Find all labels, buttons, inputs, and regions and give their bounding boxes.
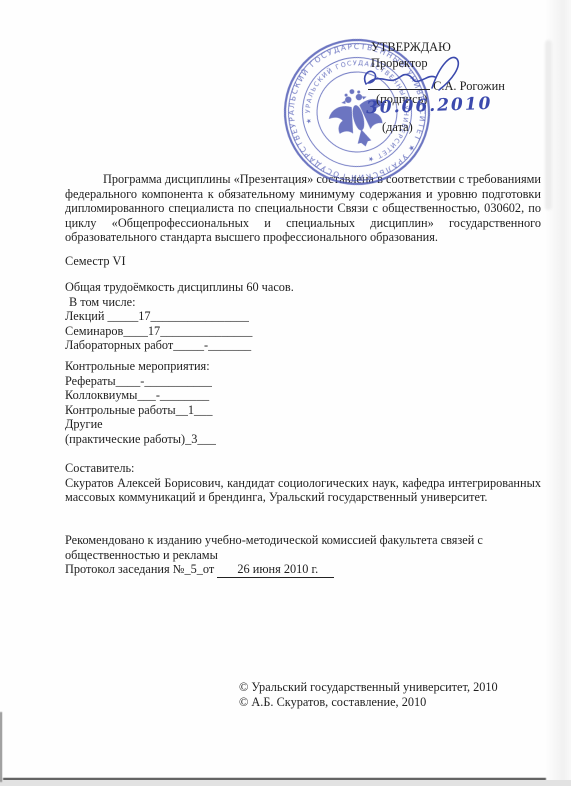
signature-scribble <box>356 52 496 100</box>
copyright-block: © Уральский государственный университет,… <box>239 680 498 709</box>
scanned-document-page: УРАЛЬСКИЙ ГОСУДАРСТВЕННЫЙ УНИВЕРСИТЕТ ★ … <box>0 0 571 786</box>
scan-edge-left-line <box>0 712 2 782</box>
control-tests: Контрольные работы__1___ <box>65 403 216 418</box>
semester-line: Семестр VI <box>65 254 126 269</box>
scan-edge-bottom-band <box>0 780 571 786</box>
workload-total: Общая трудоёмкость дисциплины 60 часов. <box>65 280 294 295</box>
recommendation-line: общественностью и рекламы <box>65 548 541 563</box>
control-colloquia: Коллоквиумы___-________ <box>65 388 216 403</box>
workload-block: Общая трудоёмкость дисциплины 60 часов. … <box>65 280 294 353</box>
copyright-author: © А.Б. Скуратов, составление, 2010 <box>239 695 498 710</box>
workload-labs: Лабораторных работ_____-_______ <box>65 338 294 353</box>
recommendation-block: Рекомендовано к изданию учебно-методичес… <box>65 533 541 577</box>
workload-lectures: Лекций _____17________________ <box>65 309 294 324</box>
author-block: Составитель: Скуратов Алексей Борисович,… <box>65 461 541 505</box>
paragraph-line: циклу «Общепрофессиональных и специальны… <box>65 216 541 231</box>
author-label: Составитель: <box>65 461 541 476</box>
author-line: массовых коммуникаций и брендинга, Ураль… <box>65 490 541 505</box>
paragraph-line: образовательного стандарта высшего профе… <box>65 230 541 245</box>
control-title: Контрольные мероприятия: <box>65 359 216 374</box>
workload-seminars: Семинаров____17_______________ <box>65 324 294 339</box>
control-essays: Рефераты____-___________ <box>65 374 216 389</box>
control-other: Другие <box>65 417 216 432</box>
copyright-university: © Уральский государственный университет,… <box>239 680 498 695</box>
protocol-line: Протокол заседания №_5_от 26 июня 2010 г… <box>65 562 541 577</box>
protocol-date: 26 июня 2010 г. <box>217 562 334 578</box>
author-line: Скуратов Алексей Борисович, кандидат соц… <box>65 476 541 491</box>
scan-smudge <box>545 40 552 210</box>
date-caption: (дата) <box>382 120 413 135</box>
recommendation-line: Рекомендовано к изданию учебно-методичес… <box>65 533 541 548</box>
control-block: Контрольные мероприятия: Рефераты____-__… <box>65 359 216 446</box>
control-practical: (практические работы)_3___ <box>65 432 216 447</box>
protocol-prefix: Протокол заседания №_5_от <box>65 562 214 576</box>
workload-including: В том числе: <box>65 295 294 310</box>
